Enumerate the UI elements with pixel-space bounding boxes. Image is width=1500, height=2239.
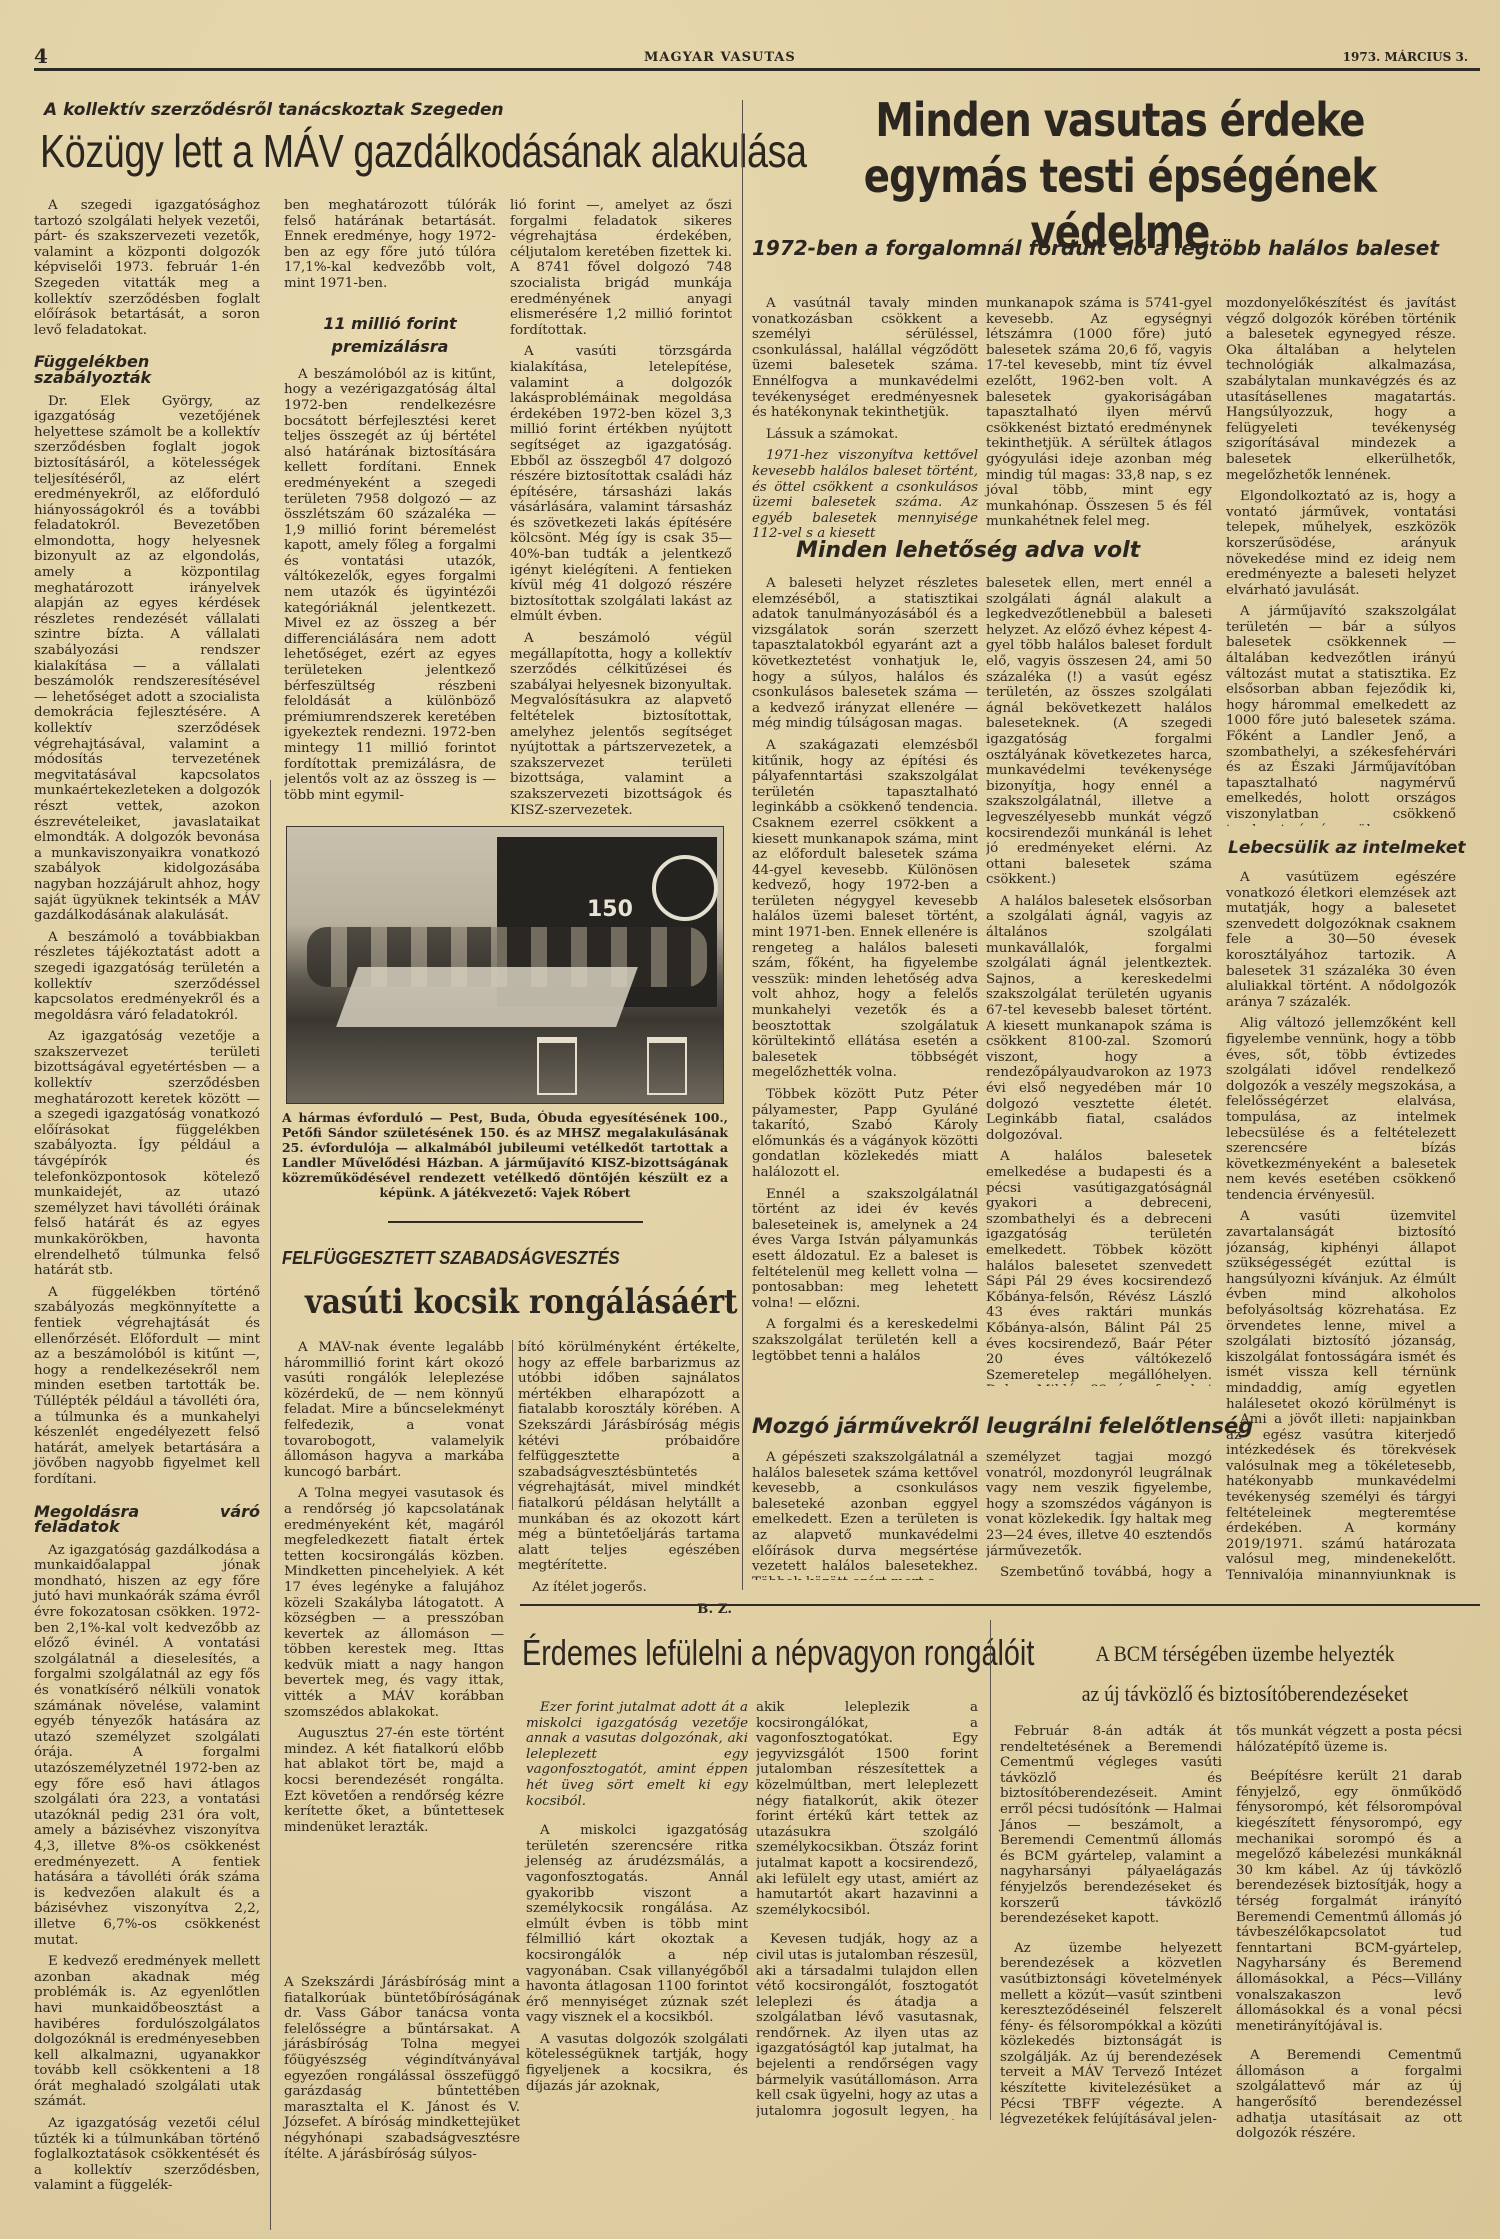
paragraph: A szakágazati elemzésből kitűnik, hogy a… — [752, 738, 978, 1081]
column-divider — [742, 100, 743, 1590]
article-lead: A szegedi igazgatósághoz tartozó szolgál… — [34, 198, 260, 338]
paragraph: A beszámolóból az is kitűnt, hogy a vezé… — [284, 367, 496, 804]
paragraph: A MÁV-nak évente legalább hárommillió fo… — [284, 1340, 504, 1480]
column: A vasútüzem egészére vonatkozó életkori … — [1226, 870, 1456, 1410]
article-kicker: FELFÜGGESZTETT SZABADSÁGVESZTÉS — [282, 1248, 649, 1269]
column: Ami a jövőt illeti: napjainkban az egész… — [1226, 1412, 1456, 1580]
column: A gépészeti szakszolgálatnál a halálos b… — [752, 1450, 978, 1580]
emblem-icon — [652, 855, 718, 921]
column: A Szekszárdi Járásbíróság mint a fiatalk… — [284, 1975, 520, 2168]
column: A baleseti helyzet részletes elemzéséből… — [752, 576, 978, 1386]
paragraph: A vasutas dolgozók szolgálati kötelesség… — [526, 2032, 748, 2094]
paragraph: Ennél a szakszolgálatnál történt az idei… — [752, 1187, 978, 1312]
news-photo: 150 — [286, 826, 724, 1104]
paragraph: Beépítésre került 21 darab fényjelző, eg… — [1236, 1769, 1462, 2034]
paragraph: ben meghatározott túlórák felső határána… — [284, 198, 496, 292]
article-headline: Közügy lett a MÁV gazdálkodásának alakul… — [40, 124, 740, 186]
paragraph: E kedvező eredmények mellett azonban aka… — [34, 1954, 260, 2110]
paragraph: A beszámoló a továbbiakban részletes táj… — [34, 930, 260, 1024]
paragraph: A gépészeti szakszolgálatnál a halálos b… — [752, 1450, 978, 1580]
column: munkanapok száma is 5741-gyel kevesebb. … — [986, 296, 1212, 536]
column-divider — [990, 1620, 991, 2120]
column: tős munkát végzett a posta pécsi hálózat… — [1236, 1724, 1462, 2148]
column: A MÁV-nak évente legalább hárommillió fo… — [284, 1340, 504, 1970]
section-subhead: Lebecsülik az intelmeket — [1228, 838, 1466, 858]
paragraph: balesetek ellen, mert ennél a szolgálati… — [986, 576, 1212, 888]
photo-table — [336, 967, 638, 1027]
paragraph: A vasúti törzsgárda kialakítása, letelep… — [510, 344, 732, 625]
column: lió forint —, amelyet az őszi forgalmi f… — [510, 198, 732, 818]
paper-title: MAGYAR VASUTAS — [644, 50, 796, 65]
section-subhead: premizálásra — [284, 339, 496, 355]
article-lead: Ezer forint jutalmat adott át a miskolci… — [526, 1700, 748, 1809]
paragraph: Lássuk a számokat. — [752, 427, 978, 443]
article-kicker: A kollektív szerződésről tanácskoztak Sz… — [44, 100, 504, 120]
paragraph: mozdonyelőkészítést és javítást végző do… — [1226, 296, 1456, 483]
section-subhead: Minden lehetőség adva volt — [796, 538, 1140, 563]
paragraph: A Tolna megyei vasutasok és a rendőrség … — [284, 1486, 504, 1720]
article-headline: A BCM térségében üzembe helyezték az új … — [1000, 1640, 1490, 1708]
article-headline: Minden vasutas érdeke egymás testi épség… — [750, 92, 1490, 260]
section-subhead: Függelékben szabályozták — [34, 354, 260, 385]
column: A vasútnál tavaly minden vonatkozásban c… — [752, 296, 978, 548]
column: balesetek ellen, mert ennél a szolgálati… — [986, 576, 1212, 1386]
paragraph: Az üzembe helyezett berendezések a közve… — [1000, 1941, 1222, 2128]
paragraph: Az igazgatóság vezetője a szakszervezet … — [34, 1029, 260, 1279]
paragraph: A Beremendi Cementmű állomáson a forgalm… — [1236, 2048, 1462, 2142]
column: bító körülményként értékelte, hogy az ef… — [518, 1340, 740, 1617]
paragraph: Augusztus 27-én este történt mindez. A k… — [284, 1726, 504, 1835]
section-subhead: Megoldásra váró feladatok — [34, 1504, 260, 1535]
column: akik leleplezik a kocsirongálókat, a vag… — [756, 1700, 978, 2120]
photo-chair — [537, 1037, 577, 1095]
separator — [388, 1221, 643, 1223]
paragraph: Az ítélet jogerős. — [518, 1580, 740, 1596]
section-rule — [520, 1604, 1480, 1606]
section-subhead: Mozgó járművekről leugrálni felelőtlensé… — [752, 1414, 1253, 1438]
page-number: 4 — [34, 44, 48, 68]
article-subhead: 1972-ben a forgalomnál fordult elő a leg… — [752, 236, 1439, 260]
paragraph: A vasútüzem egészére vonatkozó életkori … — [1226, 870, 1456, 1010]
paragraph: akik leleplezik a kocsirongálókat, a vag… — [756, 1700, 978, 1918]
column: személyzet tagjai mozgó vonatról, mozdon… — [986, 1450, 1212, 1580]
paragraph: lió forint —, amelyet az őszi forgalmi f… — [510, 198, 732, 338]
paragraph: tős munkát végzett a posta pécsi hálózat… — [1236, 1724, 1462, 1755]
paragraph: Elgondolkoztató az is, hogy a vontató já… — [1226, 489, 1456, 598]
paragraph: Dr. Elek György, az igazgatóság vezetőjé… — [34, 394, 260, 924]
paragraph: A halálos balesetek elsősorban a szolgál… — [986, 894, 1212, 1144]
paragraph: Többek között Putz Péter pályamester, Pa… — [752, 1087, 978, 1181]
paragraph: munkanapok száma is 5741-gyel kevesebb. … — [986, 296, 1212, 530]
column-divider — [512, 1340, 513, 1510]
paragraph: Kevesen tudják, hogy az a civil utas is … — [756, 1932, 978, 2120]
paragraph: A halálos balesetek emelkedése a budapes… — [986, 1149, 1212, 1386]
article-headline: vasúti kocsik rongálásáért — [305, 1282, 808, 1322]
paragraph: 1971-hez viszonyítva kettővel kevesebb h… — [752, 448, 978, 542]
paragraph: Ami a jövőt illeti: napjainkban az egész… — [1226, 1412, 1456, 1580]
column: Ezer forint jutalmat adott át a miskolci… — [526, 1700, 748, 2100]
paragraph: A vasúti üzemvitel zavartalanságát bizto… — [1226, 1209, 1456, 1410]
paragraph: A forgalmi és a kereskedelmi szakszolgál… — [752, 1317, 978, 1364]
paragraph: Az igazgatóság gazdálkodása a munkaidőal… — [34, 1543, 260, 1948]
column: Február 8-án adták át rendeltetésének a … — [1000, 1724, 1222, 2134]
paragraph: A járműjavító szakszolgálat területén — … — [1226, 604, 1456, 826]
column-divider — [270, 780, 271, 2230]
column: A szegedi igazgatósághoz tartozó szolgál… — [34, 198, 260, 2200]
paragraph: bító körülményként értékelte, hogy az ef… — [518, 1340, 740, 1574]
photo-chair — [647, 1037, 687, 1095]
issue-date: 1973. MÁRCIUS 3. — [1343, 50, 1468, 64]
paragraph: A függelékben történő szabályozás megkön… — [34, 1285, 260, 1488]
paragraph: A miskolci igazgatóság területén szerenc… — [526, 1823, 748, 2026]
paragraph: Az igazgatóság vezetői célul tűzték ki a… — [34, 2116, 260, 2194]
column: ben meghatározott túlórák felső határána… — [284, 198, 496, 818]
paragraph: Szembetűnő továbbá, hogy a gépészeti sza… — [986, 1565, 1212, 1580]
paragraph: A Szekszárdi Járásbíróság mint a fiatalk… — [284, 1975, 520, 2162]
paragraph: A beszámoló végül megállapította, hogy a… — [510, 631, 732, 818]
paragraph: A baleseti helyzet részletes elemzéséből… — [752, 576, 978, 732]
paragraph: Alig változó jellemzőként kell figyelemb… — [1226, 1016, 1456, 1203]
masthead-rule — [34, 68, 1480, 71]
paragraph: Február 8-án adták át rendeltetésének a … — [1000, 1724, 1222, 1927]
photo-poster-number: 150 — [587, 897, 633, 922]
paragraph: személyzet tagjai mozgó vonatról, mozdon… — [986, 1450, 1212, 1559]
column: mozdonyelőkészítést és javítást végző do… — [1226, 296, 1456, 826]
photo-caption: A hármas évforduló — Pest, Buda, Óbuda e… — [282, 1110, 728, 1200]
section-subhead: 11 millió forint — [284, 316, 496, 332]
paragraph: A vasútnál tavaly minden vonatkozásban c… — [752, 296, 978, 421]
